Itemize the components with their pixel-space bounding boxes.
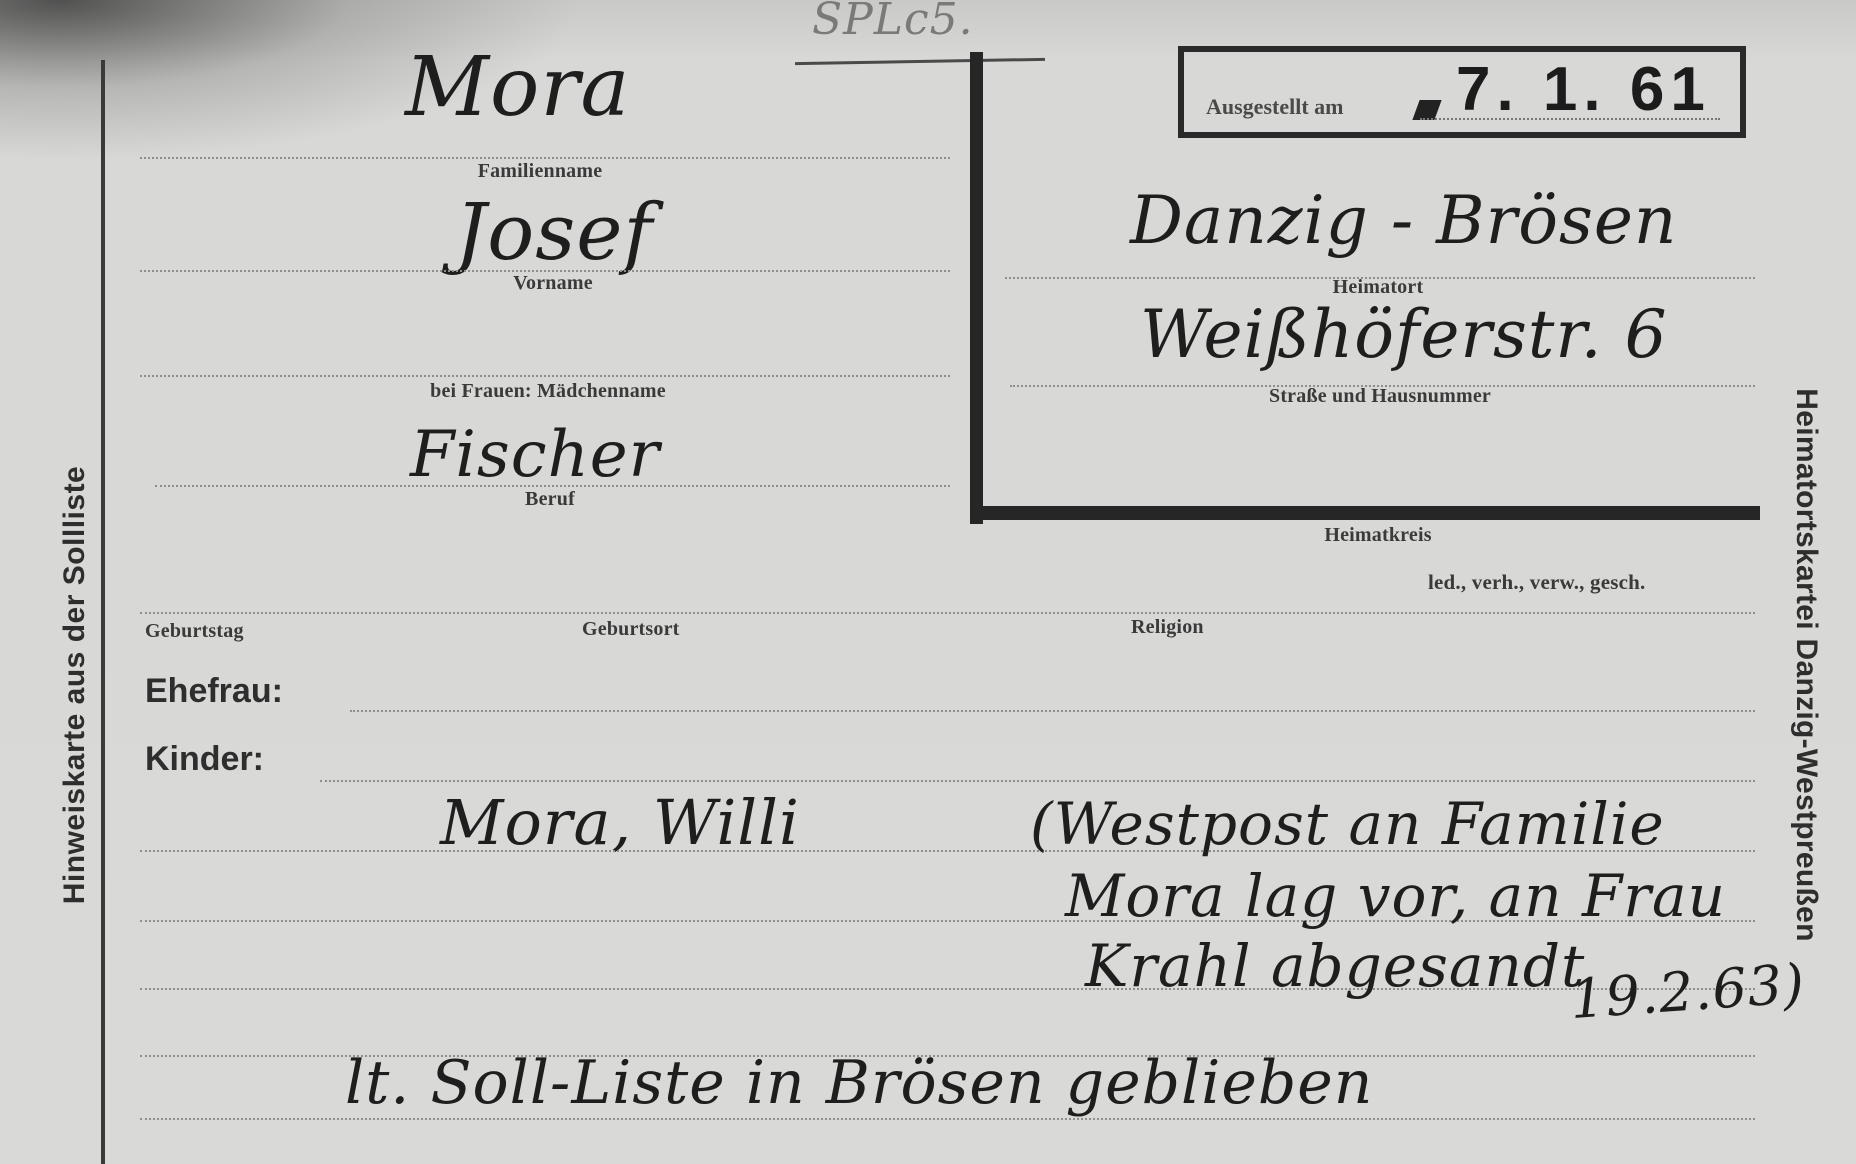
familienname-line: [140, 157, 950, 159]
stamp-mark: [1412, 100, 1441, 120]
geburtsort-label: Geburtsort: [582, 618, 680, 641]
kinder-line-1: [320, 780, 1755, 782]
beruf-value: Fischer: [410, 418, 660, 492]
footer-note: lt. Soll-Liste in Brösen geblieben: [345, 1048, 1373, 1118]
side-title-left: Hinweiskarte aus der Sollliste: [58, 466, 92, 905]
heimatort-value: Danzig - Brösen: [1130, 182, 1677, 259]
kinder-line-6: [140, 1118, 1755, 1120]
ehefrau-label: Ehefrau:: [145, 672, 283, 711]
stamp-label: Ausgestellt am: [1206, 94, 1343, 120]
note-line-3: Krahl abgesandt: [1085, 932, 1585, 1000]
strasse-label: Straße und Hausnummer: [1269, 385, 1491, 408]
vorname-value: Josef: [455, 188, 653, 278]
top-annotation: SPLc5.: [812, 0, 974, 45]
strasse-value: Weißhöferstr. 6: [1140, 296, 1668, 373]
heimatkreis-label: Heimatkreis: [1324, 524, 1431, 547]
birth-row-line: [140, 612, 1755, 614]
left-margin-rule: [101, 60, 105, 1164]
heimatort-card: Hinweiskarte aus der Sollliste Heimatort…: [0, 0, 1856, 1164]
familienname-value: Mora: [405, 40, 630, 135]
bracket-vertical: [970, 52, 983, 524]
familienstand-label: led., verh., verw., gesch.: [1428, 570, 1646, 595]
note-line-2: Mora lag vor, an Frau: [1065, 862, 1726, 930]
issued-date-stamp: Ausgestellt am 7. 1. 61: [1178, 46, 1746, 138]
note-line-1: (Westpost an Familie: [1030, 790, 1665, 858]
ehefrau-line: [350, 710, 1755, 712]
bracket-horizontal: [970, 506, 1760, 520]
note-date: 19.2.63): [1568, 952, 1807, 1031]
side-title-right: Heimatortskartei Danzig-Westpreußen: [1789, 388, 1823, 941]
beruf-label: Beruf: [525, 488, 575, 511]
familienname-label: Familienname: [478, 160, 603, 183]
maedchenname-line: [140, 375, 950, 377]
kinder-label: Kinder:: [145, 740, 264, 779]
beruf-line: [155, 485, 950, 487]
religion-label: Religion: [1131, 616, 1204, 639]
top-annotation-underline: [795, 58, 1045, 65]
kinder-value: Mora, Willi: [440, 786, 800, 859]
vorname-label: Vorname: [513, 272, 593, 295]
maedchenname-label: bei Frauen: Mädchenname: [430, 380, 666, 403]
stamp-date: 7. 1. 61: [1456, 54, 1711, 125]
geburtstag-label: Geburtstag: [145, 620, 244, 643]
